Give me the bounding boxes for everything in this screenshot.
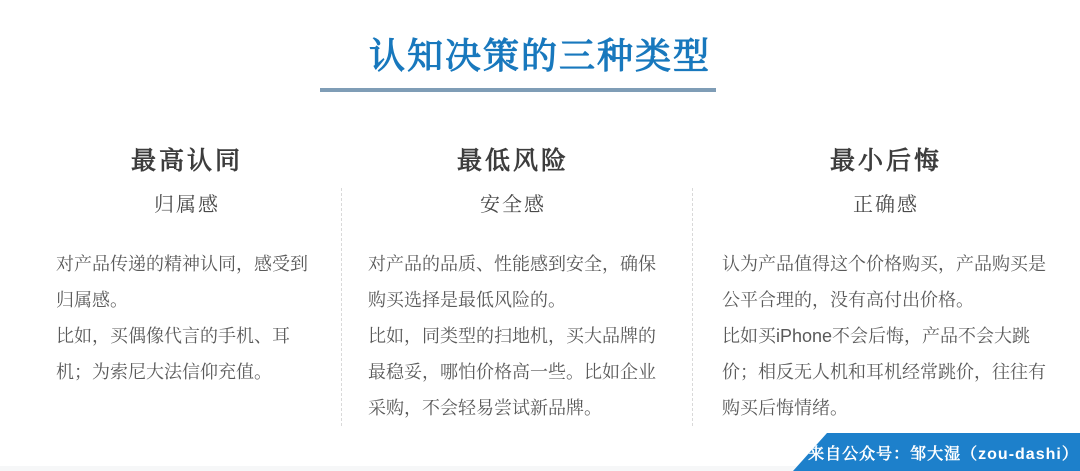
column-body: 对产品传递的精神认同，感受到归属感。 比如，买偶像代言的手机、耳机；为索尼大法信… [56, 246, 318, 390]
source-badge-label: 来自公众号：邹大湿（zou-dashi） [808, 441, 1079, 464]
column-heading: 最高认同 [56, 146, 318, 176]
column-least-regret: 最小后悔 正确感 认为产品值得这个价格购买，产品购买是公平合理的，没有高付出价格… [722, 146, 1050, 426]
column-body: 对产品的品质、性能感到安全，确保购买选择是最低风险的。 比如，同类型的扫地机，买… [368, 246, 658, 426]
source-badge: 来自公众号：邹大湿（zou-dashi） [793, 433, 1080, 471]
infographic-canvas: 认知决策的三种类型 最高认同 归属感 对产品传递的精神认同，感受到归属感。 比如… [0, 0, 1080, 471]
column-subtitle: 正确感 [722, 192, 1050, 218]
column-body: 认为产品值得这个价格购买，产品购买是公平合理的，没有高付出价格。 比如买iPho… [722, 246, 1050, 426]
column-divider [692, 188, 693, 426]
column-highest-identification: 最高认同 归属感 对产品传递的精神认同，感受到归属感。 比如，买偶像代言的手机、… [56, 146, 318, 390]
column-heading: 最低风险 [368, 146, 658, 176]
column-heading: 最小后悔 [722, 146, 1050, 176]
column-subtitle: 归属感 [56, 192, 318, 218]
column-subtitle: 安全感 [368, 192, 658, 218]
title-underline [320, 88, 716, 92]
page-title: 认知决策的三种类型 [0, 28, 1080, 79]
column-divider [341, 188, 342, 426]
column-lowest-risk: 最低风险 安全感 对产品的品质、性能感到安全，确保购买选择是最低风险的。 比如，… [368, 146, 658, 426]
